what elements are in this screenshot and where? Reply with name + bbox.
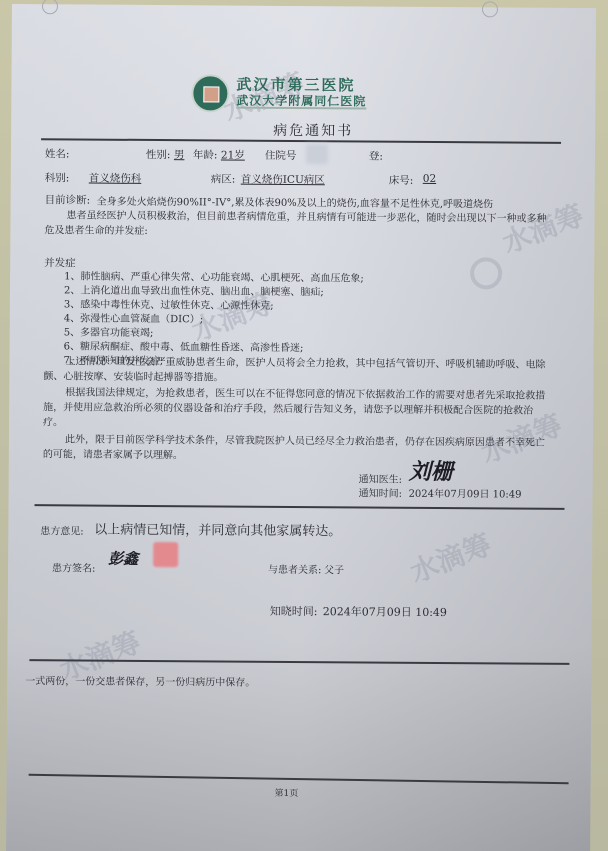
opinion-value: 以上病情已知情，并同意向其他家属转达。 xyxy=(94,519,341,540)
department-label: 科别: xyxy=(45,170,70,185)
admission-number-label: 住院号 xyxy=(265,148,297,163)
register-label: 登: xyxy=(369,148,383,163)
relation-value: 父子 xyxy=(324,561,344,576)
department-value: 首义烧伤科 xyxy=(89,171,142,186)
informed-time-label: 知晓时间: xyxy=(270,603,318,619)
notice-document: 水滴筹 水滴筹 水滴筹 水滴筹 水滴筹 水滴筹 武汉市第三医院 武汉大学附属同仁… xyxy=(6,4,596,851)
paragraph-limits-line-2: 的可能，请患者家属予以理解。 xyxy=(43,447,183,463)
page-number: 第1页 xyxy=(274,786,298,799)
bed-label: 床号: xyxy=(389,173,414,188)
opinion-label: 患方意见: xyxy=(40,522,83,537)
document-title: 病危通知书 xyxy=(273,120,353,141)
diagnosis-label: 目前诊断: xyxy=(45,192,91,207)
paragraph-law-line-2: 施，并使用应急救治所必须的仪器设备和治疗手段，然后履行告知义务，请您予以理解并积… xyxy=(43,400,533,418)
watermark: 水滴筹 xyxy=(496,194,589,262)
binder-hole xyxy=(482,1,498,17)
paragraph-law-line-3: 疗。 xyxy=(43,415,63,430)
notify-time-label: 通知时间: xyxy=(359,484,402,499)
watermark-logo-icon xyxy=(470,257,502,289)
patient-signature: 彭鑫 xyxy=(108,548,138,569)
doctor-label: 通知医生: xyxy=(359,470,402,485)
redaction-box xyxy=(306,144,328,164)
hospital-logo-icon xyxy=(191,74,229,112)
redacted-seal xyxy=(153,542,178,567)
footer-note: 一式两份，一份交患者保存，另一份归病历中保存。 xyxy=(25,672,255,689)
page-bottom-rule xyxy=(29,774,569,784)
name-label: 姓名: xyxy=(45,146,70,161)
binder-hole xyxy=(42,0,58,14)
ward-label: 病区: xyxy=(211,171,236,186)
ward-value: 首义烧伤ICU病区 xyxy=(241,172,325,188)
doctor-signature: 刘栅 xyxy=(409,455,453,486)
gender-value: 男 xyxy=(174,147,185,162)
age-label: 年龄: xyxy=(193,147,218,162)
complications-heading: 并发症 xyxy=(44,256,76,271)
header-underline xyxy=(236,107,366,110)
watermark: 水滴筹 xyxy=(404,523,497,591)
paragraph-rescue-line-2: 颤、心脏按摩、安装临时起搏器等措施。 xyxy=(43,369,223,385)
patient-signature-label: 患方签名: xyxy=(52,559,95,574)
gender-label: 性别: xyxy=(146,147,171,162)
informed-time-value: 2024年07月09日 10:49 xyxy=(323,603,447,620)
hospital-header: 武汉市第三医院 武汉大学附属同仁医院 xyxy=(186,69,446,121)
bed-value: 02 xyxy=(423,173,436,185)
section-divider xyxy=(34,504,564,510)
notify-time-value: 2024年07月09日 10:49 xyxy=(409,485,522,501)
intro-line-2: 危及患者生命的并发症: xyxy=(44,223,147,239)
relation-label: 与患者关系: xyxy=(268,561,321,576)
diagnosis-text: 全身多处火焰烧伤90%II°-IV°,累及体表90%及以上的烧伤,血容量不足性休… xyxy=(97,193,494,211)
age-value: 21岁 xyxy=(221,147,245,162)
